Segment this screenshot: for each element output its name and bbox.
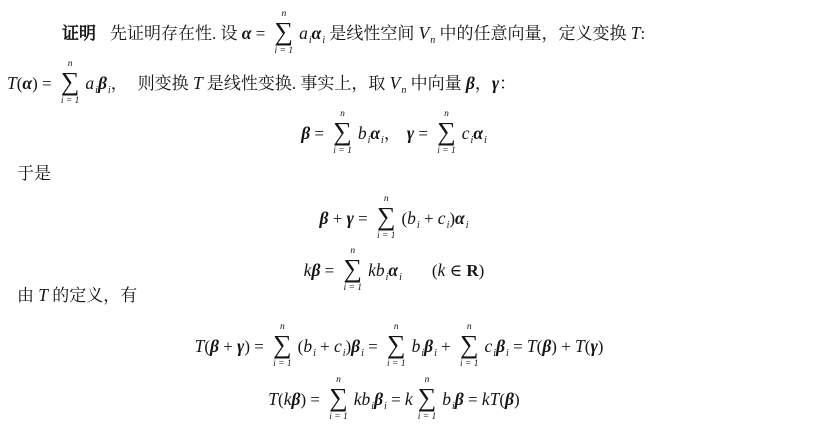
sigma-glyph: ∑ bbox=[329, 386, 348, 411]
glyphs: b bbox=[376, 260, 385, 280]
math-operator: + bbox=[219, 337, 237, 356]
glyphs: ) bbox=[598, 337, 604, 356]
math-variable: T bbox=[575, 336, 585, 356]
text-run: 先证明存在性. 设 bbox=[110, 24, 242, 43]
math-variable: ci bbox=[462, 123, 474, 143]
math-bold-variable: β bbox=[542, 336, 551, 356]
sigma-glyph: ∑ bbox=[418, 386, 437, 411]
math-variable: bi bbox=[362, 389, 375, 409]
sum-lower-limit: i = 1 bbox=[61, 97, 80, 107]
glyphs: + bbox=[437, 337, 455, 356]
subscript: i bbox=[484, 135, 487, 146]
glyphs: β bbox=[496, 336, 505, 356]
math-variable: bi bbox=[358, 123, 371, 143]
math-variable: bi bbox=[303, 336, 316, 356]
sigma-glyph: ∑ bbox=[273, 333, 292, 358]
math-operator: ) bbox=[514, 390, 520, 409]
text-run: 是线性变换. 事实上，取 bbox=[203, 74, 390, 93]
glyphs: = bbox=[364, 337, 382, 356]
math-variable: T bbox=[527, 336, 537, 356]
math-bold-variable: β bbox=[505, 389, 514, 409]
math-operator: ) bbox=[598, 337, 604, 356]
glyphs: β bbox=[424, 336, 433, 356]
text-run: 的定义，有 bbox=[48, 286, 137, 305]
glyphs: β bbox=[210, 336, 219, 356]
summation-sigma: n∑i = 1 bbox=[333, 110, 352, 157]
math-variable: T bbox=[631, 23, 641, 43]
text-thus: 于是 bbox=[0, 163, 813, 185]
math-operator: = bbox=[464, 390, 482, 409]
math-bold-variable: γ bbox=[347, 208, 354, 228]
text-run: 由 bbox=[17, 286, 38, 305]
math-operator: + bbox=[420, 209, 438, 228]
glyphs: ) bbox=[514, 390, 520, 409]
glyphs: 证明 bbox=[62, 24, 96, 43]
glyphs: c bbox=[438, 208, 446, 228]
subscript: i bbox=[399, 272, 402, 283]
text-run: 则变换 bbox=[138, 74, 193, 93]
glyphs: 则变换 bbox=[138, 74, 193, 93]
glyphs: + bbox=[219, 337, 237, 356]
glyphs: = bbox=[509, 337, 527, 356]
summation-sigma: n∑i = 1 bbox=[344, 247, 363, 294]
glyphs: : bbox=[641, 24, 646, 43]
subscript: i bbox=[466, 220, 469, 231]
text-run: 是线性空间 bbox=[325, 24, 419, 43]
math-bold-variable: βi bbox=[98, 73, 111, 93]
glyphs: + bbox=[316, 337, 334, 356]
glyphs: ， bbox=[475, 74, 492, 93]
glyphs: = bbox=[387, 390, 405, 409]
glyphs: b bbox=[442, 389, 451, 409]
glyphs: b bbox=[412, 336, 421, 356]
sum-lower-limit: i = 1 bbox=[460, 360, 479, 370]
glyphs: α bbox=[242, 23, 252, 43]
glyphs: 中向量 bbox=[406, 74, 466, 93]
glyphs: b bbox=[407, 208, 416, 228]
math-variable: T bbox=[7, 73, 17, 93]
glyphs: β bbox=[351, 336, 360, 356]
summation-sigma: n∑i = 1 bbox=[418, 376, 437, 423]
glyphs: β bbox=[374, 389, 383, 409]
math-variable: T bbox=[268, 389, 278, 409]
glyphs: T bbox=[527, 336, 537, 356]
math-bold-variable: βi bbox=[351, 336, 364, 356]
glyphs: β bbox=[98, 73, 107, 93]
math-operator: ) = bbox=[32, 74, 56, 93]
glyphs: 是线性变换. 事实上，取 bbox=[203, 74, 390, 93]
glyphs: = bbox=[414, 124, 432, 143]
glyphs: k bbox=[482, 389, 490, 409]
sigma-glyph: ∑ bbox=[387, 333, 406, 358]
glyphs: α bbox=[473, 123, 483, 143]
math-operator: + bbox=[316, 337, 334, 356]
glyphs: b bbox=[303, 336, 312, 356]
math-bold-variable: α bbox=[22, 73, 32, 93]
glyphs: ) = bbox=[300, 390, 324, 409]
math-variable: Vn bbox=[390, 73, 407, 93]
math-operator: ) = bbox=[244, 337, 268, 356]
sum-lower-limit: i = 1 bbox=[344, 284, 363, 294]
sum-lower-limit: i = 1 bbox=[418, 413, 437, 423]
glyphs: k bbox=[405, 389, 413, 409]
glyphs: a bbox=[299, 23, 308, 43]
math-variable: ci bbox=[485, 336, 497, 356]
math-operator: + bbox=[328, 209, 346, 228]
formula-beta-plus-gamma: β + γ = n∑i = 1(bi + ci)αi bbox=[0, 193, 813, 243]
sigma-glyph: ∑ bbox=[377, 205, 396, 230]
glyphs: T bbox=[575, 336, 585, 356]
math-variable: k bbox=[482, 389, 490, 409]
proof-document: 证明先证明存在性. 设 α = n∑i = 1aiαi 是线性空间 Vn 中的任… bbox=[0, 8, 813, 424]
glyphs: R bbox=[466, 261, 478, 280]
glyphs: k bbox=[368, 260, 376, 280]
math-bold-variable: αi bbox=[370, 123, 383, 143]
glyphs: T bbox=[268, 389, 278, 409]
glyphs: ) = bbox=[244, 337, 268, 356]
math-operator: ) bbox=[479, 261, 485, 280]
text-run: 于是 bbox=[17, 164, 51, 183]
glyphs: β bbox=[301, 123, 310, 143]
math-bold-variable: αi bbox=[455, 208, 468, 228]
sigma-glyph: ∑ bbox=[275, 20, 294, 45]
text-run: ， bbox=[384, 124, 401, 143]
glyphs: α bbox=[388, 260, 398, 280]
math-operator: ) = bbox=[300, 390, 324, 409]
formula-T-additivity: T(β + γ) = n∑i = 1(bi + ci)βi = n∑i = 1b… bbox=[0, 321, 813, 371]
sum-lower-limit: i = 1 bbox=[273, 360, 292, 370]
glyphs: ∈ bbox=[445, 261, 466, 280]
glyphs: ： bbox=[499, 74, 516, 93]
glyphs: α bbox=[312, 23, 322, 43]
glyphs: + bbox=[420, 209, 438, 228]
glyphs: α bbox=[370, 123, 380, 143]
glyphs: = bbox=[354, 209, 372, 228]
glyphs: β bbox=[505, 389, 514, 409]
math-operator: = bbox=[320, 261, 338, 280]
glyphs: = bbox=[310, 124, 328, 143]
glyphs: ) = bbox=[32, 74, 56, 93]
math-operator: = bbox=[364, 337, 382, 356]
glyphs: 的定义，有 bbox=[48, 286, 137, 305]
glyphs: ) bbox=[479, 261, 485, 280]
math-variable: T bbox=[195, 336, 205, 356]
math-variable: ci bbox=[438, 208, 450, 228]
math-operator: ) + bbox=[551, 337, 575, 356]
sum-lower-limit: i = 1 bbox=[333, 147, 352, 157]
math-variable: ai bbox=[299, 23, 312, 43]
summation-sigma: n∑i = 1 bbox=[273, 323, 292, 370]
glyphs: b bbox=[358, 123, 367, 143]
sigma-glyph: ∑ bbox=[437, 120, 456, 145]
summation-sigma: n∑i = 1 bbox=[437, 110, 456, 157]
math-operator: = bbox=[414, 124, 432, 143]
glyphs: V bbox=[419, 23, 430, 43]
math-variable: k bbox=[368, 260, 376, 280]
math-variable: bi bbox=[412, 336, 425, 356]
glyphs: c bbox=[485, 336, 493, 356]
text-run: 中向量 bbox=[406, 74, 466, 93]
glyphs: T bbox=[195, 336, 205, 356]
math-bold-variable: β bbox=[466, 73, 475, 93]
sigma-glyph: ∑ bbox=[460, 333, 479, 358]
math-variable: k bbox=[405, 389, 413, 409]
math-operator: : bbox=[641, 24, 646, 43]
glyphs: 是线性空间 bbox=[325, 24, 419, 43]
glyphs: 先证明存在性. 设 bbox=[110, 24, 242, 43]
bold-text-run: 证明 bbox=[62, 24, 96, 43]
sigma-glyph: ∑ bbox=[61, 70, 80, 95]
text-run: 中的任意向量，定义变换 bbox=[435, 24, 631, 43]
math-operator: ∈ bbox=[445, 261, 466, 280]
math-bold-symbol: R bbox=[466, 261, 478, 280]
glyphs: 中的任意向量，定义变换 bbox=[435, 24, 631, 43]
glyphs: c bbox=[462, 123, 470, 143]
math-operator: = bbox=[509, 337, 527, 356]
glyphs: a bbox=[85, 73, 94, 93]
glyphs: 由 bbox=[17, 286, 38, 305]
glyphs: T bbox=[193, 73, 203, 93]
math-operator: = bbox=[251, 24, 269, 43]
math-bold-variable: α bbox=[242, 23, 252, 43]
proof-paragraph-2: T(α) = n∑i = 1aiβi，则变换 T 是线性变换. 事实上，取 Vn… bbox=[0, 58, 813, 108]
glyphs: b bbox=[362, 389, 371, 409]
sigma-glyph: ∑ bbox=[333, 120, 352, 145]
text-run: ， bbox=[111, 74, 128, 93]
glyphs: = bbox=[251, 24, 269, 43]
math-bold-variable: βi bbox=[496, 336, 509, 356]
math-variable: k bbox=[354, 389, 362, 409]
math-variable: bi bbox=[442, 389, 455, 409]
proof-paragraph-1: 证明先证明存在性. 设 α = n∑i = 1aiαi 是线性空间 Vn 中的任… bbox=[0, 8, 813, 58]
glyphs: k bbox=[354, 389, 362, 409]
sigma-glyph: ∑ bbox=[344, 257, 363, 282]
math-variable: ci bbox=[334, 336, 346, 356]
formula-beta-gamma-definition: β = n∑i = 1biαi，γ = n∑i = 1ciαi bbox=[0, 108, 813, 158]
summation-sigma: n∑i = 1 bbox=[61, 60, 80, 107]
glyphs: V bbox=[390, 73, 401, 93]
glyphs: ) + bbox=[551, 337, 575, 356]
summation-sigma: n∑i = 1 bbox=[460, 323, 479, 370]
glyphs: T bbox=[38, 285, 48, 305]
math-bold-variable: βi bbox=[374, 389, 387, 409]
math-variable: bi bbox=[407, 208, 420, 228]
glyphs: = bbox=[320, 261, 338, 280]
math-variable: ai bbox=[85, 73, 98, 93]
math-bold-variable: βi bbox=[424, 336, 437, 356]
glyphs: β bbox=[542, 336, 551, 356]
sum-lower-limit: i = 1 bbox=[377, 232, 396, 242]
text-run: ： bbox=[499, 74, 516, 93]
math-bold-variable: β bbox=[455, 389, 464, 409]
glyphs: α bbox=[22, 73, 32, 93]
glyphs: 于是 bbox=[17, 164, 51, 183]
glyphs: + bbox=[328, 209, 346, 228]
sum-lower-limit: i = 1 bbox=[387, 360, 406, 370]
math-bold-variable: β bbox=[210, 336, 219, 356]
summation-sigma: n∑i = 1 bbox=[275, 10, 294, 57]
glyphs: β bbox=[466, 73, 475, 93]
math-bold-variable: β bbox=[301, 123, 310, 143]
glyphs: γ bbox=[590, 336, 597, 356]
math-variable: T bbox=[490, 389, 500, 409]
glyphs: γ bbox=[347, 208, 354, 228]
math-bold-variable: γ bbox=[590, 336, 597, 356]
math-variable: Vn bbox=[419, 23, 436, 43]
glyphs: c bbox=[334, 336, 342, 356]
math-operator: = bbox=[387, 390, 405, 409]
glyphs: = bbox=[464, 390, 482, 409]
math-operator: = bbox=[310, 124, 328, 143]
math-variable: T bbox=[38, 285, 48, 305]
summation-sigma: n∑i = 1 bbox=[329, 376, 348, 423]
summation-sigma: n∑i = 1 bbox=[387, 323, 406, 370]
sum-lower-limit: i = 1 bbox=[329, 413, 348, 423]
math-operator: = bbox=[354, 209, 372, 228]
formula-T-homogeneity: T(kβ) = n∑i = 1kbiβi = kn∑i = 1biβ = kT(… bbox=[0, 374, 813, 424]
glyphs: α bbox=[455, 208, 465, 228]
math-bold-variable: αi bbox=[388, 260, 401, 280]
glyphs: ， bbox=[111, 74, 128, 93]
glyphs: β bbox=[455, 389, 464, 409]
sum-lower-limit: i = 1 bbox=[275, 47, 294, 57]
sum-lower-limit: i = 1 bbox=[437, 147, 456, 157]
math-bold-variable: αi bbox=[312, 23, 325, 43]
glyphs: T bbox=[7, 73, 17, 93]
math-variable: T bbox=[193, 73, 203, 93]
glyphs: T bbox=[490, 389, 500, 409]
summation-sigma: n∑i = 1 bbox=[377, 195, 396, 242]
glyphs: T bbox=[631, 23, 641, 43]
textbook-page: 证明先证明存在性. 设 α = n∑i = 1aiαi 是线性空间 Vn 中的任… bbox=[0, 0, 813, 425]
text-run: ， bbox=[475, 74, 492, 93]
glyphs: ， bbox=[384, 124, 401, 143]
math-variable: bi bbox=[376, 260, 389, 280]
math-bold-variable: αi bbox=[473, 123, 486, 143]
math-operator: + bbox=[437, 337, 455, 356]
